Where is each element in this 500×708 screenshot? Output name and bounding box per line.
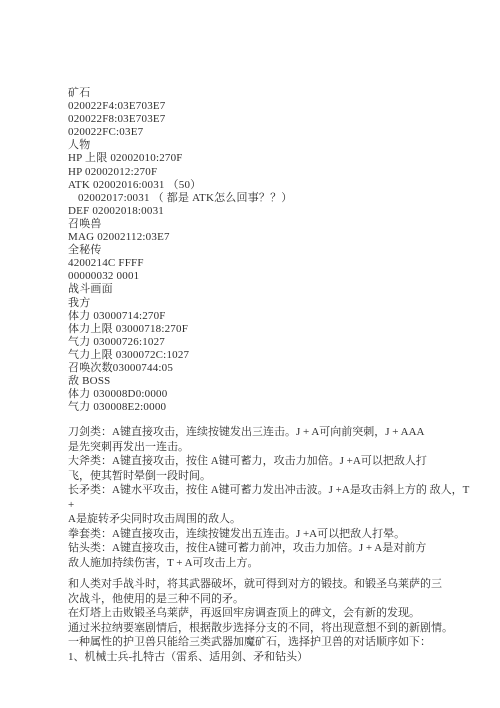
text-line: 敌 BOSS [68, 375, 476, 388]
story-tips-section: 和人类对手战斗时，将其武器破坏，就可得到对方的锻技。和锻圣乌莱萨的三次战斗，他使… [68, 577, 476, 664]
text-line: 体力 030008D0:0000 [68, 388, 476, 401]
text-line: 拳套类：A键直接攻击，连续按键发出五连击。J +A可以把敌人打晕。 [68, 527, 476, 542]
text-line: 战斗画面 [68, 283, 476, 296]
text-line: 气力上限 0300072C:1027 [68, 349, 476, 362]
text-line: 钻头类：A键直接攻击，按住A键可蓄力前冲，攻击力加倍。J + A是对前方 [68, 541, 476, 556]
text-line: 是先突刺再发出一连击。 [68, 440, 476, 455]
text-line: DEF 02002018:0031 [68, 205, 476, 218]
text-line: 长矛类：A键水平攻击，按住 A键可蓄力发出冲击波。J +A是攻击斜上方的 敌人，… [68, 483, 476, 512]
memory-codes-section: 矿石020022F4:03E703E7020022F8:03E703E70200… [68, 87, 476, 414]
text-line: A是旋转矛尖同时攻击周围的敌人。 [68, 512, 476, 527]
text-line: 全秘传 [68, 244, 476, 257]
text-line: 和人类对手战斗时，将其武器破坏，就可得到对方的锻技。和锻圣乌莱萨的三 [68, 577, 476, 592]
text-line: 体力 03000714:270F [68, 310, 476, 323]
text-line: 一种属性的护卫兽只能给三类武器加魔矿石，选择护卫兽的对话顺序如下： [68, 635, 476, 650]
text-line: 4200214C FFFF [68, 257, 476, 270]
text-line: HP 上限 02002010:270F [68, 152, 476, 165]
text-line: 在灯塔上击败锻圣乌莱萨，再返回牢房调查顶上的碑文，会有新的发现。 [68, 606, 476, 621]
text-line: 体力上限 03000718:270F [68, 323, 476, 336]
text-line: 02002017:0031 （ 都是 ATK怎么回事？？） [68, 192, 476, 205]
text-line: MAG 02002112:03E7 [68, 231, 476, 244]
document-page: 矿石020022F4:03E703E7020022F8:03E703E70200… [0, 0, 500, 708]
text-line: HP 02002012:270F [68, 166, 476, 179]
text-line: 气力 03000726:1027 [68, 336, 476, 349]
text-line: 00000032 0001 [68, 270, 476, 283]
text-line: 敌人施加持续伤害，T + A可攻击上方。 [68, 556, 476, 571]
text-line: 气力 030008E2:0000 [68, 401, 476, 414]
text-line: 通过米拉纳要塞剧情后，根据散步选择分支的不同，将出现意想不到的新剧情。 [68, 621, 476, 636]
text-line: 飞，使其暂时晕倒一段时间。 [68, 469, 476, 484]
text-line: 大斧类：A键直接攻击，按住 A键可蓄力，攻击力加倍。J +A可以把敌人打 [68, 454, 476, 469]
weapon-guide-section: 刀剑类：A键直接攻击，连续按键发出三连击。J + A可向前突刺，J + AAA是… [68, 425, 476, 570]
text-line: 人物 [68, 139, 476, 152]
text-line: 次战斗，他使用的是三种不同的矛。 [68, 592, 476, 607]
text-line: 矿石 [68, 87, 476, 100]
text-line: 刀剑类：A键直接攻击，连续按键发出三连击。J + A可向前突刺，J + AAA [68, 425, 476, 440]
text-line: 020022F4:03E703E7 [68, 100, 476, 113]
text-line: 020022FC:03E7 [68, 126, 476, 139]
text-line: 020022F8:03E703E7 [68, 113, 476, 126]
text-line: 我方 [68, 297, 476, 310]
text-line: 召唤次数03000744:05 [68, 362, 476, 375]
text-line: ATK 02002016:0031 （50） [68, 179, 476, 192]
text-line: 1、机械士兵-扎特古（雷系、适用剑、矛和钻头） [68, 650, 476, 665]
text-line: 召唤兽 [68, 218, 476, 231]
